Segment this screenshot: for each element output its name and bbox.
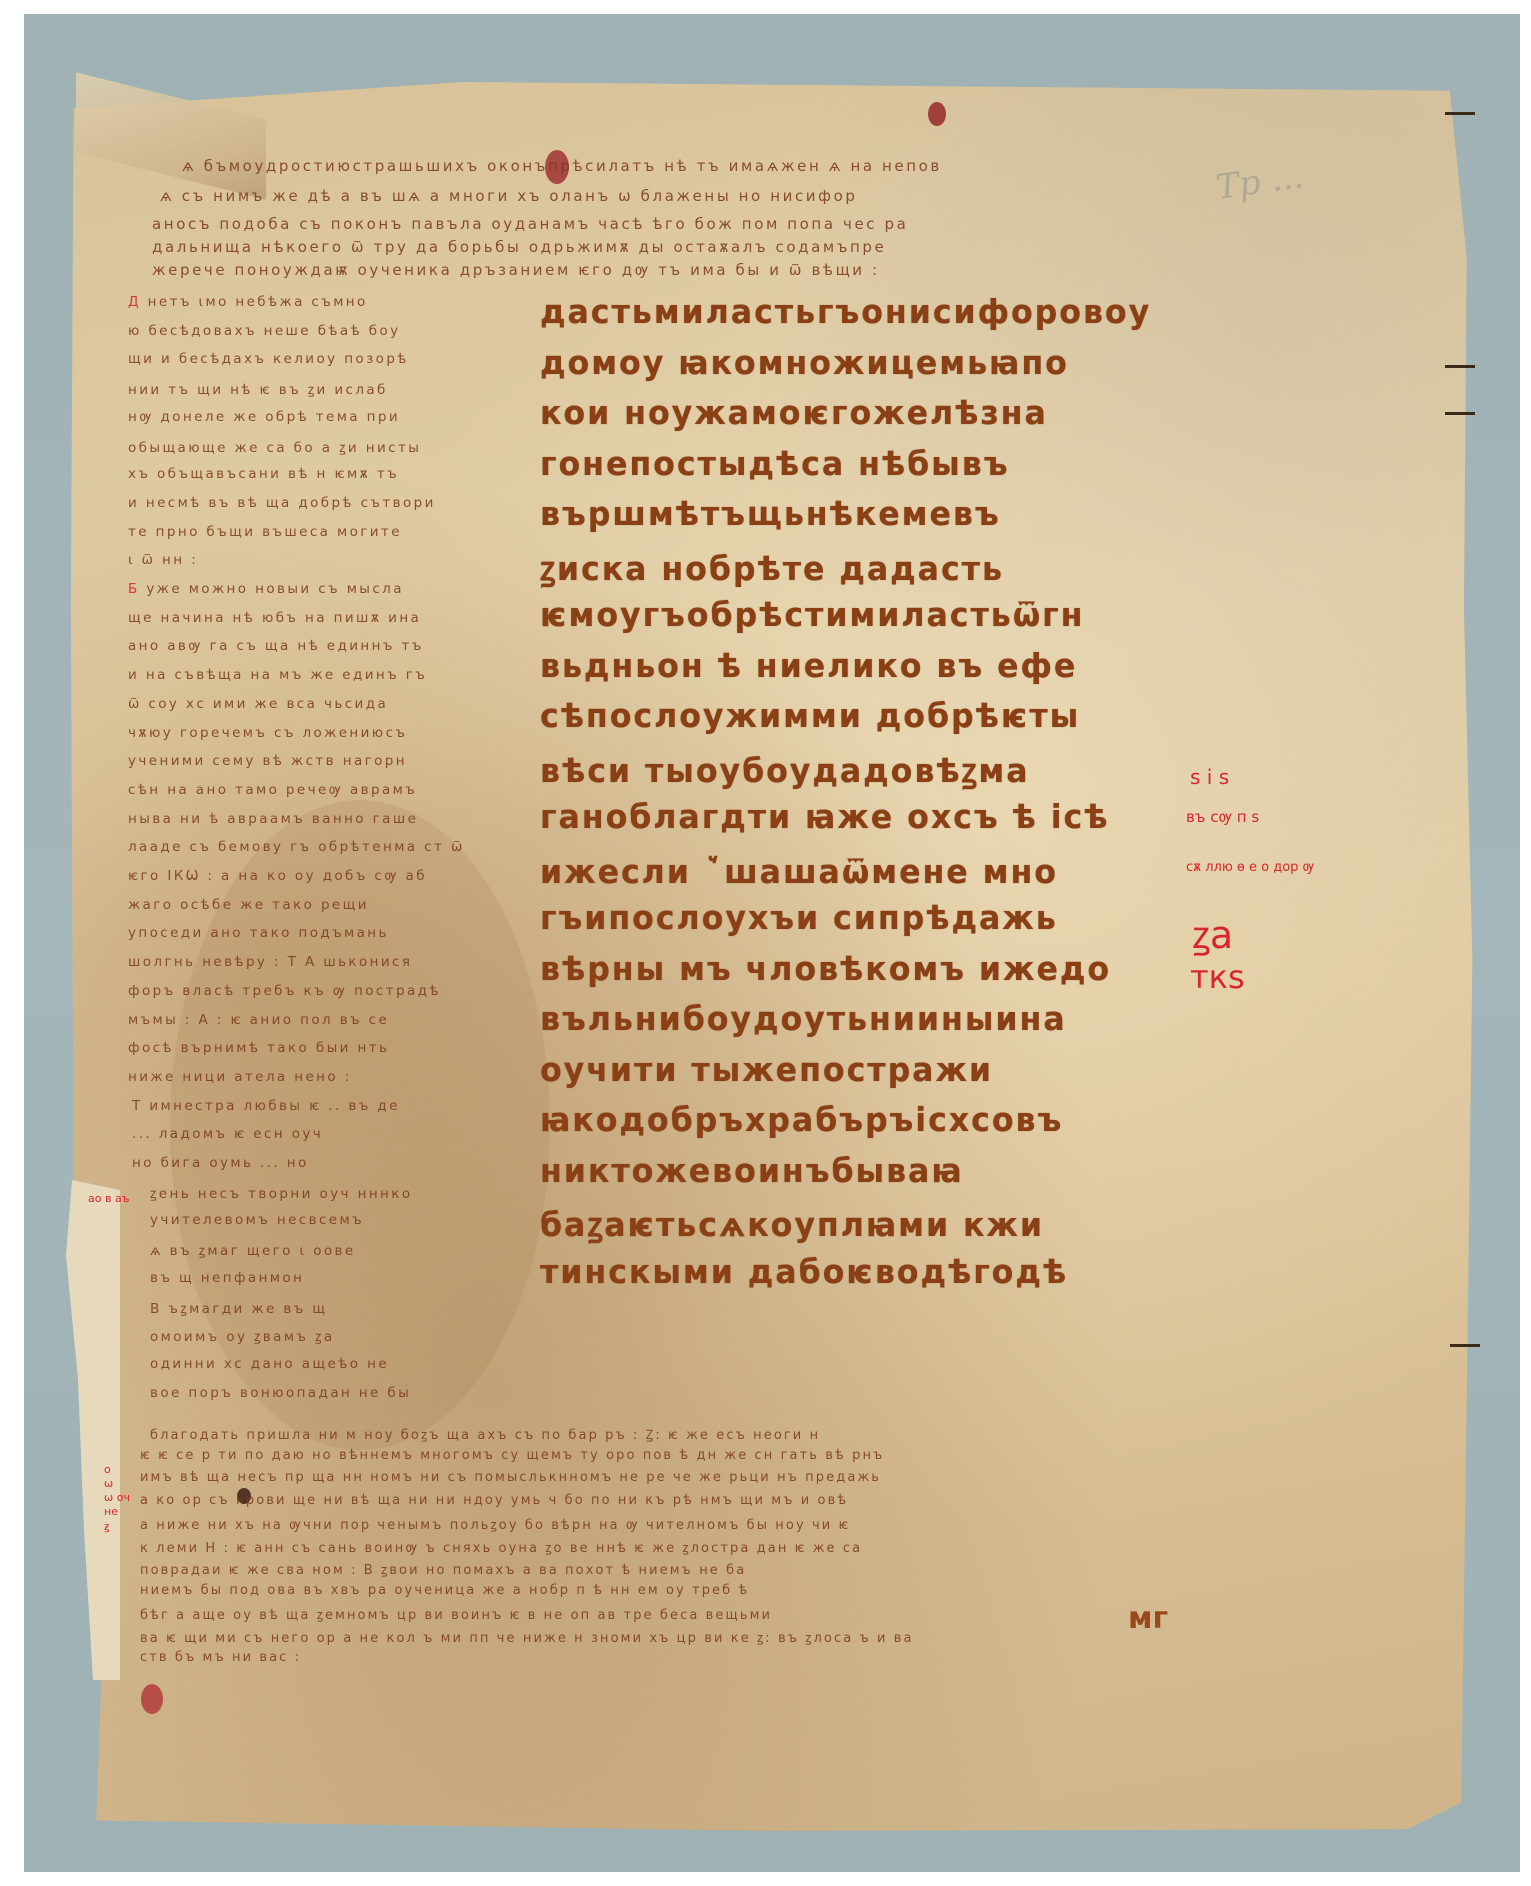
margin-rubric: ткѕ bbox=[1190, 958, 1245, 996]
main-text-line: сѣпослоужимми добрѣѥты bbox=[540, 696, 1080, 735]
commentary-line: поврадаи ѥ же сва ном : В ꙁвои но помахъ… bbox=[140, 1560, 746, 1578]
commentary-line: шолгнь невѣру : Т А шьконися bbox=[128, 954, 412, 970]
commentary-line: и несмѣ въ вѣ ща добрѣ сътвори bbox=[128, 495, 436, 511]
main-text-line: ꙗкодобръхрабъръісхсовъ bbox=[540, 1100, 1063, 1139]
left-margin-note: не bbox=[104, 1505, 118, 1518]
commentary-line: к леми Н : ѥ анн съ сань воинѹ ъ сняхь о… bbox=[140, 1538, 862, 1556]
commentary-line: благодать пришла ни м ноу боꙁъ ща ахъ съ… bbox=[150, 1425, 820, 1443]
edge-tear bbox=[1450, 1344, 1480, 1347]
commentary-line: ѿ соу хс ими же вса чьсида bbox=[128, 696, 388, 712]
main-text-line: вѣрны мъ чловѣкомъ ижедо bbox=[540, 949, 1111, 988]
commentary-line: те прно бъщи въшеса могите bbox=[128, 524, 402, 540]
commentary-line: въ щ непфанмон bbox=[150, 1270, 304, 1286]
left-margin-note: о bbox=[104, 1463, 111, 1476]
rubric-initial: Б bbox=[128, 581, 140, 597]
commentary-line: вое поръ вонюопадан не бы bbox=[150, 1385, 411, 1401]
main-text-line: гонепостыдѣса нѣбывъ bbox=[540, 444, 1009, 483]
ink-stain bbox=[141, 1684, 163, 1714]
main-text-line: баꙁаѥтьсѧкоуплꙗми кжи bbox=[540, 1201, 1044, 1246]
commentary-line: нии тъ щи нѣ ѥ въ ꙁи ислаб bbox=[128, 380, 388, 398]
main-text-line: никтожевоинъбываꙗ bbox=[540, 1151, 964, 1190]
commentary-line: имъ вѣ ща несъ пр ща нн номъ ни съ помыс… bbox=[140, 1470, 881, 1485]
main-text-line: вьдньон ѣ ниелико въ ефе bbox=[540, 646, 1077, 685]
commentary-line: ... ладомъ ѥ есн оуч bbox=[132, 1126, 323, 1142]
commentary-line: сѣн на ано тамо речеѹ аврамъ bbox=[128, 782, 417, 798]
commentary-line: чѫюу горечемъ съ ложениюсъ bbox=[128, 725, 407, 741]
commentary-line: обыщающе же са бо а ꙁи нисты bbox=[128, 438, 421, 456]
commentary-line: нѹ донеле же обрѣ тема при bbox=[128, 409, 400, 425]
commentary-line: и на съвѣща на мъ же единъ гъ bbox=[128, 667, 427, 683]
commentary-line: В ъꙁмагди же въ щ bbox=[150, 1299, 327, 1317]
commentary-line: форъ власѣ требъ къ ѹ пострадѣ bbox=[128, 983, 441, 999]
left-margin-note: ꙃ bbox=[104, 1519, 109, 1534]
rubric-initial: Д bbox=[128, 294, 141, 310]
commentary-line: а ниже ни хъ на ѹчни пор ченымъ польꙁоу … bbox=[140, 1515, 850, 1533]
commentary-line: ѧ въ ꙁмаг щего ꙇ оове bbox=[150, 1241, 356, 1259]
commentary-line: ꙁень несъ творни оуч нннко bbox=[150, 1184, 413, 1202]
commentary-line: ю бесѣдовахъ неше бѣаѣ боу bbox=[128, 323, 401, 339]
commentary-line: хъ объщавъсани вѣ н ѥмѫ тъ bbox=[128, 466, 399, 482]
commentary-line: но бига оумь ... но bbox=[132, 1155, 309, 1171]
commentary-line: одинни хс дано ащеѣо не bbox=[150, 1356, 389, 1372]
margin-rubric: въ сѹ п ѕ bbox=[1186, 808, 1259, 826]
commentary-line: ва ѥ щи ми съ него ор а не кол ъ ми пп ч… bbox=[140, 1628, 914, 1646]
left-margin-note: ѡ bbox=[104, 1477, 113, 1490]
ink-stain bbox=[928, 102, 946, 126]
commentary-line: дальнища нѣкоего ѿ тру да борьбы одрьжим… bbox=[152, 238, 886, 256]
main-text-line: ижесли ꙿшашаѿмене мно bbox=[540, 848, 1058, 893]
commentary-line: Д нетъ ꙇмо небѣжа съмно bbox=[128, 294, 368, 310]
main-text-line: гъипослоухъи сипрѣдажь bbox=[540, 898, 1058, 937]
commentary-line: ще начина нѣ юбъ на пишѫ ина bbox=[128, 610, 421, 626]
commentary-line: лааде съ бемову гъ обрѣтенма ст ѿ bbox=[128, 839, 465, 855]
commentary-line: ниже ници атела нено : bbox=[128, 1069, 352, 1085]
commentary-line: ниемъ бы под ова въ хвъ ра оученица же а… bbox=[140, 1583, 749, 1598]
commentary-line: а ко ор съ крови ще ни вѣ ща ни ни ндоу … bbox=[140, 1493, 848, 1508]
edge-tear bbox=[1445, 412, 1475, 415]
main-text-line: вършмѣтъщьнѣкемевъ bbox=[540, 494, 1001, 533]
commentary-line: упоседи ано тако подъмань bbox=[128, 925, 389, 941]
commentary-line: ано авѹ га съ ща нѣ единнъ тъ bbox=[128, 638, 424, 654]
commentary-line: ств бъ мъ ни вас : bbox=[140, 1650, 301, 1665]
commentary-line: аносъ подоба съ поконъ павъла оуданамъ ч… bbox=[152, 215, 908, 233]
commentary-line: Б уже можно новыи съ мысла bbox=[128, 581, 404, 597]
commentary-line: учителевомъ несвсемъ bbox=[150, 1212, 364, 1228]
commentary-line: Т имнестра любвы ѥ .. въ де bbox=[132, 1098, 400, 1114]
main-text-line: домоу ꙗкомножицемьꙗпо bbox=[540, 343, 1069, 382]
edge-tear bbox=[1445, 365, 1475, 368]
main-text-line: ꙁиска нобрѣте дадасть bbox=[540, 545, 1004, 590]
commentary-line: ѧ съ нимъ же дѣ а въ шѧ а многи хъ оланъ… bbox=[160, 187, 857, 205]
commentary-line: жерече поноуждаѭ оученика дръзанием ѥго … bbox=[152, 261, 880, 279]
commentary-line: омоимъ оу ꙁвамъ ꙁа bbox=[150, 1327, 335, 1345]
commentary-line: щи и бесѣдахъ келиоу позорѣ bbox=[128, 351, 409, 367]
commentary-line: бѣг а аще оу вѣ ща ꙁемномъ цр ви воинъ ѥ… bbox=[140, 1605, 772, 1623]
left-margin-note: ао в аъ bbox=[88, 1192, 129, 1205]
folio-number: мг bbox=[1128, 1601, 1168, 1636]
commentary-line: фосѣ върнимѣ тако быи нть bbox=[128, 1040, 389, 1056]
main-text-line: оучити тыжепостражи bbox=[540, 1050, 993, 1089]
commentary-line: ꙇ ѿ нн : bbox=[128, 552, 198, 568]
margin-rubric: ꙁа bbox=[1192, 908, 1233, 960]
commentary-line: ныва ни ѣ авраамъ ванно гаше bbox=[128, 811, 418, 827]
main-text-line: вѣси тыоубоудадовѣꙁма bbox=[540, 747, 1030, 792]
left-margin-note: ѡ оч bbox=[104, 1491, 130, 1504]
commentary-line: ѥго ІКѠ : а на ко оу добъ сѹ аб bbox=[128, 868, 427, 884]
commentary-line: мъмы : А : ѥ анио пол въ се bbox=[128, 1012, 389, 1028]
commentary-line: ѧ бъмоудростиюстрашьшихъ оконъпрѣсилатъ … bbox=[182, 157, 942, 175]
edge-tear bbox=[1445, 112, 1475, 115]
main-text-line: въльнибоудоутьнииныина bbox=[540, 999, 1067, 1038]
main-text-line: дастьмиластьгъонисифоровоу bbox=[540, 292, 1151, 331]
margin-rubric: сѫ ллю ѳ е о дор ѹ bbox=[1186, 860, 1314, 875]
main-text-line: ганоблагдти ꙗже охсъ ѣ ісѣ bbox=[540, 797, 1109, 836]
main-text-line: ѥмоугъобрѣстимиластьѿгн bbox=[540, 595, 1084, 634]
commentary-line: ѥ ѥ се р ти по даю но вѣннемъ многомъ су… bbox=[140, 1448, 884, 1463]
commentary-line: ученими сему вѣ жств нагорн bbox=[128, 753, 407, 769]
main-text-line: кои ноужамоѥгожелѣзна bbox=[540, 393, 1048, 432]
margin-rubric: ѕ і ѕ bbox=[1190, 765, 1229, 789]
commentary-line: жаго осѣбе же тако рещи bbox=[128, 897, 369, 913]
main-text-line: тинскыми дабоѥводѣгодѣ bbox=[540, 1252, 1068, 1291]
